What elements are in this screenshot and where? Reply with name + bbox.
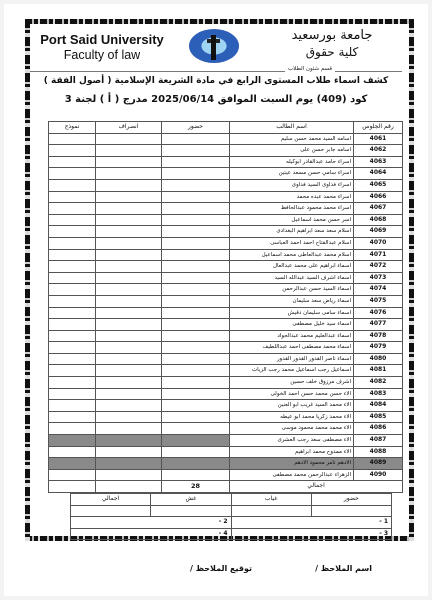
attendance-cell — [162, 319, 230, 331]
seat-number: 4088 — [354, 446, 403, 458]
departure-cell — [96, 307, 162, 319]
table-row: 4070اسلام عبدالفتاح احمد احمد العباسى — [49, 237, 403, 249]
attendance-cell — [162, 179, 230, 191]
seat-number: 4070 — [354, 237, 403, 249]
seat-number: 4062 — [354, 145, 403, 157]
summary-table: حضور غياب غش اجمالي 1 - 2 - 3 - 4 - — [70, 493, 392, 540]
form-cell — [49, 249, 96, 261]
student-name: اسماء رياض سعد سليمان — [230, 295, 354, 307]
form-cell — [49, 203, 96, 215]
table-row: 4066اسراء محمد عبده محمد — [49, 191, 403, 203]
table-row: 4075اسماء رياض سعد سليمان — [49, 295, 403, 307]
column-header-attendance: حضور — [162, 122, 230, 134]
form-cell — [49, 435, 96, 447]
departure-cell — [96, 319, 162, 331]
seat-number: 4082 — [354, 377, 403, 389]
attendance-cell — [162, 411, 230, 423]
seat-number: 4073 — [354, 272, 403, 284]
table-row: 4086الاء محمد محمد محمود موسى — [49, 423, 403, 435]
table-row: 4073اسماء اشرف السيد عبدالله السيد — [49, 272, 403, 284]
seat-number: 4067 — [354, 203, 403, 215]
header-arabic: جامعة بورسعيد كلية حقوق — [272, 28, 392, 59]
student-name: اسماء ابراهيم على محمد عبدالعال — [230, 261, 354, 273]
table-row: 4084الاء محمد السيد غريب ابو العنين — [49, 400, 403, 412]
summary-total-value — [71, 505, 151, 517]
seat-number: 4061 — [354, 133, 403, 145]
seat-number: 4072 — [354, 261, 403, 273]
table-row: 4076اسماء سامى سليمان دقيش — [49, 307, 403, 319]
seat-number: 4077 — [354, 319, 403, 331]
student-name: اسماء السيد حسن عبدالرحمن — [230, 284, 354, 296]
exam-details: كود (409) يوم السبت الموافق 2025/06/14 م… — [30, 94, 402, 105]
seat-number: 4085 — [354, 411, 403, 423]
seat-number: 4079 — [354, 342, 403, 354]
table-row: 4061اسامه السيد محمد حسن سليم — [49, 133, 403, 145]
form-cell — [49, 458, 96, 470]
seat-number: 4087 — [354, 435, 403, 447]
student-name: الادهم تامر محمود الادهم — [230, 458, 354, 470]
observer-signature-label: توقيع الملاحظ / — [190, 564, 252, 573]
student-name: اسامه جابر حسن على — [230, 145, 354, 157]
departure-cell — [96, 435, 162, 447]
departure-cell — [96, 284, 162, 296]
total-departure — [96, 481, 162, 493]
departure-cell — [96, 423, 162, 435]
attendance-cell — [162, 400, 230, 412]
summary-header-total: اجمالي — [71, 494, 151, 506]
table-row: 4082اشرف مرزوق خلف حسين — [49, 377, 403, 389]
departure-cell — [96, 330, 162, 342]
table-row: 4067اسراء محمد محمود عبدالحافظ — [49, 203, 403, 215]
attendance-cell — [162, 237, 230, 249]
attendance-cell — [162, 226, 230, 238]
attendance-cell — [162, 446, 230, 458]
summary-header-cheating: غش — [151, 494, 231, 506]
seat-number: 4084 — [354, 400, 403, 412]
seat-number: 4075 — [354, 295, 403, 307]
table-row: 4088الاء ممدوح محمد ابراهيم — [49, 446, 403, 458]
departure-cell — [96, 133, 162, 145]
student-name: اسماء اشرف السيد عبدالله السيد — [230, 272, 354, 284]
form-cell — [49, 191, 96, 203]
totals-row: اجمالي28 — [49, 481, 403, 493]
departure-cell — [96, 261, 162, 273]
form-cell — [49, 469, 96, 481]
table-row: 4085الاء محمد زكريا محمد ابو عيطه — [49, 411, 403, 423]
attendance-cell — [162, 353, 230, 365]
student-name: اسامه السيد محمد حسن سليم — [230, 133, 354, 145]
student-name: اشرف مرزوق خلف حسين — [230, 377, 354, 389]
student-name: الاء مصطفى سعد رجب العشرى — [230, 435, 354, 447]
form-cell — [49, 133, 96, 145]
form-cell — [49, 377, 96, 389]
document-title: كشف اسماء طلاب المستوى الرابع في مادة ال… — [30, 76, 402, 86]
summary-header-row: حضور غياب غش اجمالي — [71, 494, 392, 506]
form-cell — [49, 145, 96, 157]
university-logo-icon — [189, 29, 239, 63]
departure-cell — [96, 237, 162, 249]
attendance-cell — [162, 261, 230, 273]
form-cell — [49, 261, 96, 273]
summary-present-value — [311, 505, 391, 517]
attendance-cell — [162, 307, 230, 319]
university-name-ar: جامعة بورسعيد — [272, 28, 392, 43]
seat-number: 4065 — [354, 179, 403, 191]
student-name: اسلام عبدالفتاح احمد احمد العباسى — [230, 237, 354, 249]
attendance-cell — [162, 469, 230, 481]
observer-name-label: اسم الملاحظ / — [315, 564, 372, 573]
departure-cell — [96, 249, 162, 261]
seat-number: 4071 — [354, 249, 403, 261]
seat-number: 4066 — [354, 191, 403, 203]
student-name: اسماء سيد خليل مصطفى — [230, 319, 354, 331]
form-cell — [49, 168, 96, 180]
faculty-name-en: Faculty of law — [37, 48, 167, 62]
seat-number: 4089 — [354, 458, 403, 470]
departure-cell — [96, 295, 162, 307]
attendance-cell — [162, 330, 230, 342]
student-name: اسراء فداوى السيد فداوى — [230, 179, 354, 191]
seat-number: 4068 — [354, 214, 403, 226]
student-name: اسراء سامي حسن مسعد عيتين — [230, 168, 354, 180]
seat-number: 4063 — [354, 156, 403, 168]
form-cell — [49, 353, 96, 365]
seat-number: 4086 — [354, 423, 403, 435]
student-name: اسماعيل رجب اسماعيل محمد رجب الزيات — [230, 365, 354, 377]
attendance-cell — [162, 423, 230, 435]
departure-cell — [96, 446, 162, 458]
note-item-2: 2 - — [71, 517, 232, 529]
departure-cell — [96, 342, 162, 354]
table-row: 4065اسراء فداوى السيد فداوى — [49, 179, 403, 191]
table-row: 4069اسلام سعد سعد ابراهيم البغدادى — [49, 226, 403, 238]
summary-header-present: حضور — [311, 494, 391, 506]
form-cell — [49, 365, 96, 377]
departure-cell — [96, 145, 162, 157]
student-name: الاء محمد محمد محمود موسى — [230, 423, 354, 435]
departure-cell — [96, 203, 162, 215]
attendance-cell — [162, 145, 230, 157]
departure-cell — [96, 458, 162, 470]
departure-cell — [96, 388, 162, 400]
form-cell — [49, 272, 96, 284]
departure-cell — [96, 168, 162, 180]
summary-notes-row: 1 - 2 - — [71, 517, 392, 529]
student-name: الاء محمد زكريا محمد ابو عيطه — [230, 411, 354, 423]
attendance-cell — [162, 295, 230, 307]
seat-number: 4090 — [354, 469, 403, 481]
form-cell — [49, 411, 96, 423]
student-name: اسراء حامد عبدالقادر ابوكيله — [230, 156, 354, 168]
student-name: اسماء ناصر القدور القدور القدور — [230, 353, 354, 365]
table-row: 4074اسماء السيد حسن عبدالرحمن — [49, 284, 403, 296]
summary-values-row — [71, 505, 392, 517]
attendance-cell — [162, 458, 230, 470]
departure-cell — [96, 377, 162, 389]
departure-cell — [96, 365, 162, 377]
form-cell — [49, 330, 96, 342]
student-name: اسراء محمد عبده محمد — [230, 191, 354, 203]
departure-cell — [96, 272, 162, 284]
summary-notes-row: 3 - 4 - — [71, 528, 392, 540]
total-attendance: 28 — [162, 481, 230, 493]
table-row: 4078اسماء عبدالعليم محمد عبدالجواد — [49, 330, 403, 342]
seat-number: 4078 — [354, 330, 403, 342]
seat-number: 4083 — [354, 388, 403, 400]
form-cell — [49, 342, 96, 354]
departure-cell — [96, 156, 162, 168]
form-cell — [49, 307, 96, 319]
form-cell — [49, 226, 96, 238]
table-row: 4063اسراء حامد عبدالقادر ابوكيله — [49, 156, 403, 168]
attendance-cell — [162, 191, 230, 203]
form-cell — [49, 214, 96, 226]
column-header-seat: رقم الجلوس — [354, 122, 403, 134]
attendance-cell — [162, 272, 230, 284]
departure-cell — [96, 469, 162, 481]
note-item-1: 1 - — [231, 517, 392, 529]
header-english: Port Said University Faculty of law — [37, 32, 167, 62]
summary-absent-value — [231, 505, 311, 517]
attendance-cell — [162, 203, 230, 215]
seat-number: 4069 — [354, 226, 403, 238]
note-item-3: 3 - — [231, 528, 392, 540]
table-row: 4062اسامه جابر حسن على — [49, 145, 403, 157]
seat-number: 4074 — [354, 284, 403, 296]
column-header-departure: انصراف — [96, 122, 162, 134]
student-name: الاء ممدوح محمد ابراهيم — [230, 446, 354, 458]
form-cell — [49, 237, 96, 249]
form-cell — [49, 400, 96, 412]
table-row: 4087الاء مصطفى سعد رجب العشرى — [49, 435, 403, 447]
departure-cell — [96, 191, 162, 203]
departure-cell — [96, 411, 162, 423]
table-row: 4083الاء حسن محمد حسن احمد الخولى — [49, 388, 403, 400]
form-cell — [49, 446, 96, 458]
student-name: اسلام محمد عبدالعاطى محمد اسماعيل — [230, 249, 354, 261]
summary-cheating-value — [151, 505, 231, 517]
table-header-row: رقم الجلوس اسم الطالب حضور انصراف نموذج — [49, 122, 403, 134]
table-row: 4089الادهم تامر محمود الادهم — [49, 458, 403, 470]
summary-header-absent: غياب — [231, 494, 311, 506]
column-header-name: اسم الطالب — [230, 122, 354, 134]
student-name: الزهراء عبدالرحمن محمد مصطفى — [230, 469, 354, 481]
attendance-cell — [162, 388, 230, 400]
form-cell — [49, 423, 96, 435]
university-name-en: Port Said University — [37, 32, 167, 47]
attendance-cell — [162, 342, 230, 354]
form-cell — [49, 388, 96, 400]
table-row: 4077اسماء سيد خليل مصطفى — [49, 319, 403, 331]
student-name: اسراء محمد محمود عبدالحافظ — [230, 203, 354, 215]
table-row: 4064اسراء سامي حسن مسعد عيتين — [49, 168, 403, 180]
total-label: اجمالي — [230, 481, 403, 493]
attendance-cell — [162, 435, 230, 447]
department-label: قسم شئون الطلاب — [285, 66, 335, 72]
student-roster-table: رقم الجلوس اسم الطالب حضور انصراف نموذج … — [48, 121, 403, 493]
student-name: اسلام سعد سعد ابراهيم البغدادى — [230, 226, 354, 238]
attendance-cell — [162, 214, 230, 226]
attendance-cell — [162, 133, 230, 145]
departure-cell — [96, 226, 162, 238]
table-row: 4090الزهراء عبدالرحمن محمد مصطفى — [49, 469, 403, 481]
student-name: اسماء عبدالعليم محمد عبدالجواد — [230, 330, 354, 342]
form-cell — [49, 156, 96, 168]
table-row: 4071اسلام محمد عبدالعاطى محمد اسماعيل — [49, 249, 403, 261]
seat-number: 4080 — [354, 353, 403, 365]
table-row: 4081اسماعيل رجب اسماعيل محمد رجب الزيات — [49, 365, 403, 377]
student-name: الاء محمد السيد غريب ابو العنين — [230, 400, 354, 412]
note-item-4: 4 - — [71, 528, 232, 540]
departure-cell — [96, 214, 162, 226]
attendance-cell — [162, 156, 230, 168]
divider — [30, 71, 402, 72]
form-cell — [49, 179, 96, 191]
form-cell — [49, 284, 96, 296]
student-name: الاء حسن محمد حسن احمد الخولى — [230, 388, 354, 400]
attendance-cell — [162, 249, 230, 261]
attendance-cell — [162, 365, 230, 377]
seat-number: 4064 — [354, 168, 403, 180]
table-row: 4079اسماء محمد مصطفى احمد عبداللطيف — [49, 342, 403, 354]
faculty-name-ar: كلية حقوق — [272, 45, 392, 59]
attendance-cell — [162, 377, 230, 389]
attendance-cell — [162, 284, 230, 296]
table-row: 4072اسماء ابراهيم على محمد عبدالعال — [49, 261, 403, 273]
table-row: 4080اسماء ناصر القدور القدور القدور — [49, 353, 403, 365]
departure-cell — [96, 353, 162, 365]
student-name: اسماء سامى سليمان دقيش — [230, 307, 354, 319]
attendance-cell — [162, 168, 230, 180]
seat-number: 4076 — [354, 307, 403, 319]
seat-number: 4081 — [354, 365, 403, 377]
total-form — [49, 481, 96, 493]
column-header-form: نموذج — [49, 122, 96, 134]
student-name: اسماء محمد مصطفى احمد عبداللطيف — [230, 342, 354, 354]
table-row: 4068اسر حسن محمد اسماعيل — [49, 214, 403, 226]
departure-cell — [96, 400, 162, 412]
form-cell — [49, 295, 96, 307]
student-name: اسر حسن محمد اسماعيل — [230, 214, 354, 226]
departure-cell — [96, 179, 162, 191]
form-cell — [49, 319, 96, 331]
